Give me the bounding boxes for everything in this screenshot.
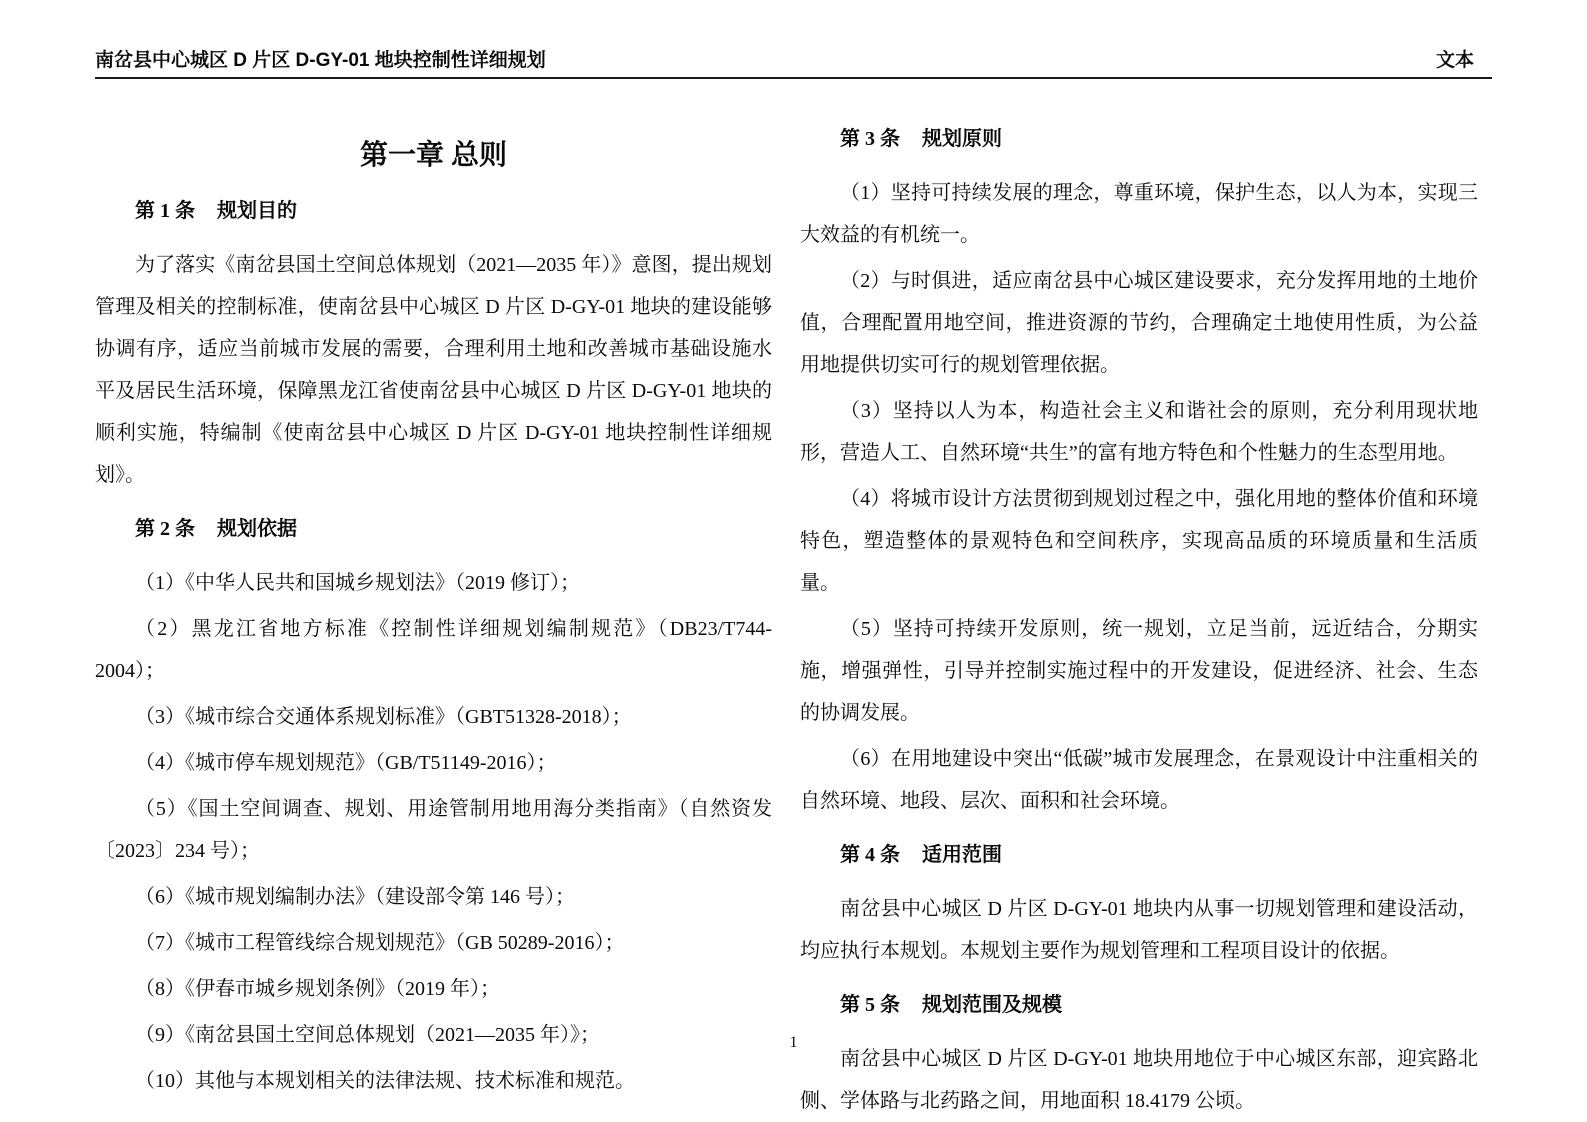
chapter-title: 第一章 总则 (95, 134, 772, 178)
header-doc-title: 南岔县中心城区 D 片区 D-GY-01 地块控制性详细规划 (95, 50, 546, 72)
page-number: 1 (790, 1034, 798, 1051)
list-item: （4）将城市设计方法贯彻到规划过程之中，强化用地的整体价值和环境特色，塑造整体的… (800, 478, 1478, 604)
section-4-paragraph: 南岔县中心城区 D 片区 D-GY-01 地块内从事一切规划管理和建设活动，均应… (800, 888, 1478, 972)
list-item: （7）《城市工程管线综合规划规范》（GB 50289-2016）； (95, 922, 772, 964)
section-4-number: 第 4 条 (840, 844, 900, 866)
section-1-title: 规划目的 (217, 200, 297, 222)
list-item: （6）在用地建设中突出“低碳”城市发展理念，在景观设计中注重相关的自然环境、地段… (800, 738, 1478, 822)
section-4-heading: 第 4 条 适用范围 (800, 834, 1478, 876)
list-item: （5）坚持可持续开发原则，统一规划，立足当前，远近结合，分期实施，增强弹性，引导… (800, 608, 1478, 734)
section-3-number: 第 3 条 (840, 128, 900, 150)
section-2-heading: 第 2 条 规划依据 (95, 508, 772, 550)
section-5-number: 第 5 条 (840, 994, 900, 1016)
list-item: （2）与时俱进，适应南岔县中心城区建设要求，充分发挥用地的土地价值，合理配置用地… (800, 260, 1478, 386)
section-2-title: 规划依据 (217, 518, 297, 540)
section-5-heading: 第 5 条 规划范围及规模 (800, 984, 1478, 1026)
page-footer: 1 (0, 1034, 1587, 1052)
section-4-title: 适用范围 (922, 844, 1002, 866)
document-body: 第一章 总则 第 1 条 规划目的 为了落实《南岔县国土空间总体规划（2021—… (95, 78, 1478, 1122)
section-1-number: 第 1 条 (135, 200, 195, 222)
list-item: （3）坚持以人为本，构造社会主义和谐社会的原则，充分利用现状地形，营造人工、自然… (800, 390, 1478, 474)
section-1-paragraph: 为了落实《南岔县国土空间总体规划（2021—2035 年）》意图，提出规划管理及… (95, 244, 772, 496)
section-1-heading: 第 1 条 规划目的 (95, 190, 772, 232)
list-item: （6）《城市规划编制办法》（建设部令第 146 号）； (95, 876, 772, 918)
list-item: （3）《城市综合交通体系规划标准》（GBT51328-2018）； (95, 696, 772, 738)
list-item: （4）《城市停车规划规范》（GB/T51149-2016）； (95, 742, 772, 784)
page-header: 南岔县中心城区 D 片区 D-GY-01 地块控制性详细规划 文本 (95, 0, 1492, 79)
right-column: 第 3 条 规划原则 （1）坚持可持续发展的理念，尊重环境，保护生态，以人为本，… (800, 106, 1478, 1122)
list-item: （1）坚持可持续发展的理念，尊重环境，保护生态，以人为本，实现三大效益的有机统一… (800, 172, 1478, 256)
list-item: （2）黑龙江省地方标准《控制性详细规划编制规范》（DB23/T744-2004）… (95, 608, 772, 692)
list-item: （8）《伊春市城乡规划条例》（2019 年）； (95, 968, 772, 1010)
header-doc-type: 文本 (1436, 50, 1474, 72)
list-item: （1）《中华人民共和国城乡规划法》（2019 修订）； (95, 562, 772, 604)
list-item: （5）《国土空间调查、规划、用途管制用地用海分类指南》（自然资发〔2023〕23… (95, 788, 772, 872)
left-column: 第一章 总则 第 1 条 规划目的 为了落实《南岔县国土空间总体规划（2021—… (95, 106, 772, 1122)
section-3-heading: 第 3 条 规划原则 (800, 118, 1478, 160)
list-item: （10）其他与本规划相关的法律法规、技术标准和规范。 (95, 1060, 772, 1102)
section-2-number: 第 2 条 (135, 518, 195, 540)
document-page: 南岔县中心城区 D 片区 D-GY-01 地块控制性详细规划 文本 第一章 总则… (0, 0, 1587, 1122)
section-5-title: 规划范围及规模 (922, 994, 1062, 1016)
section-3-title: 规划原则 (922, 128, 1002, 150)
